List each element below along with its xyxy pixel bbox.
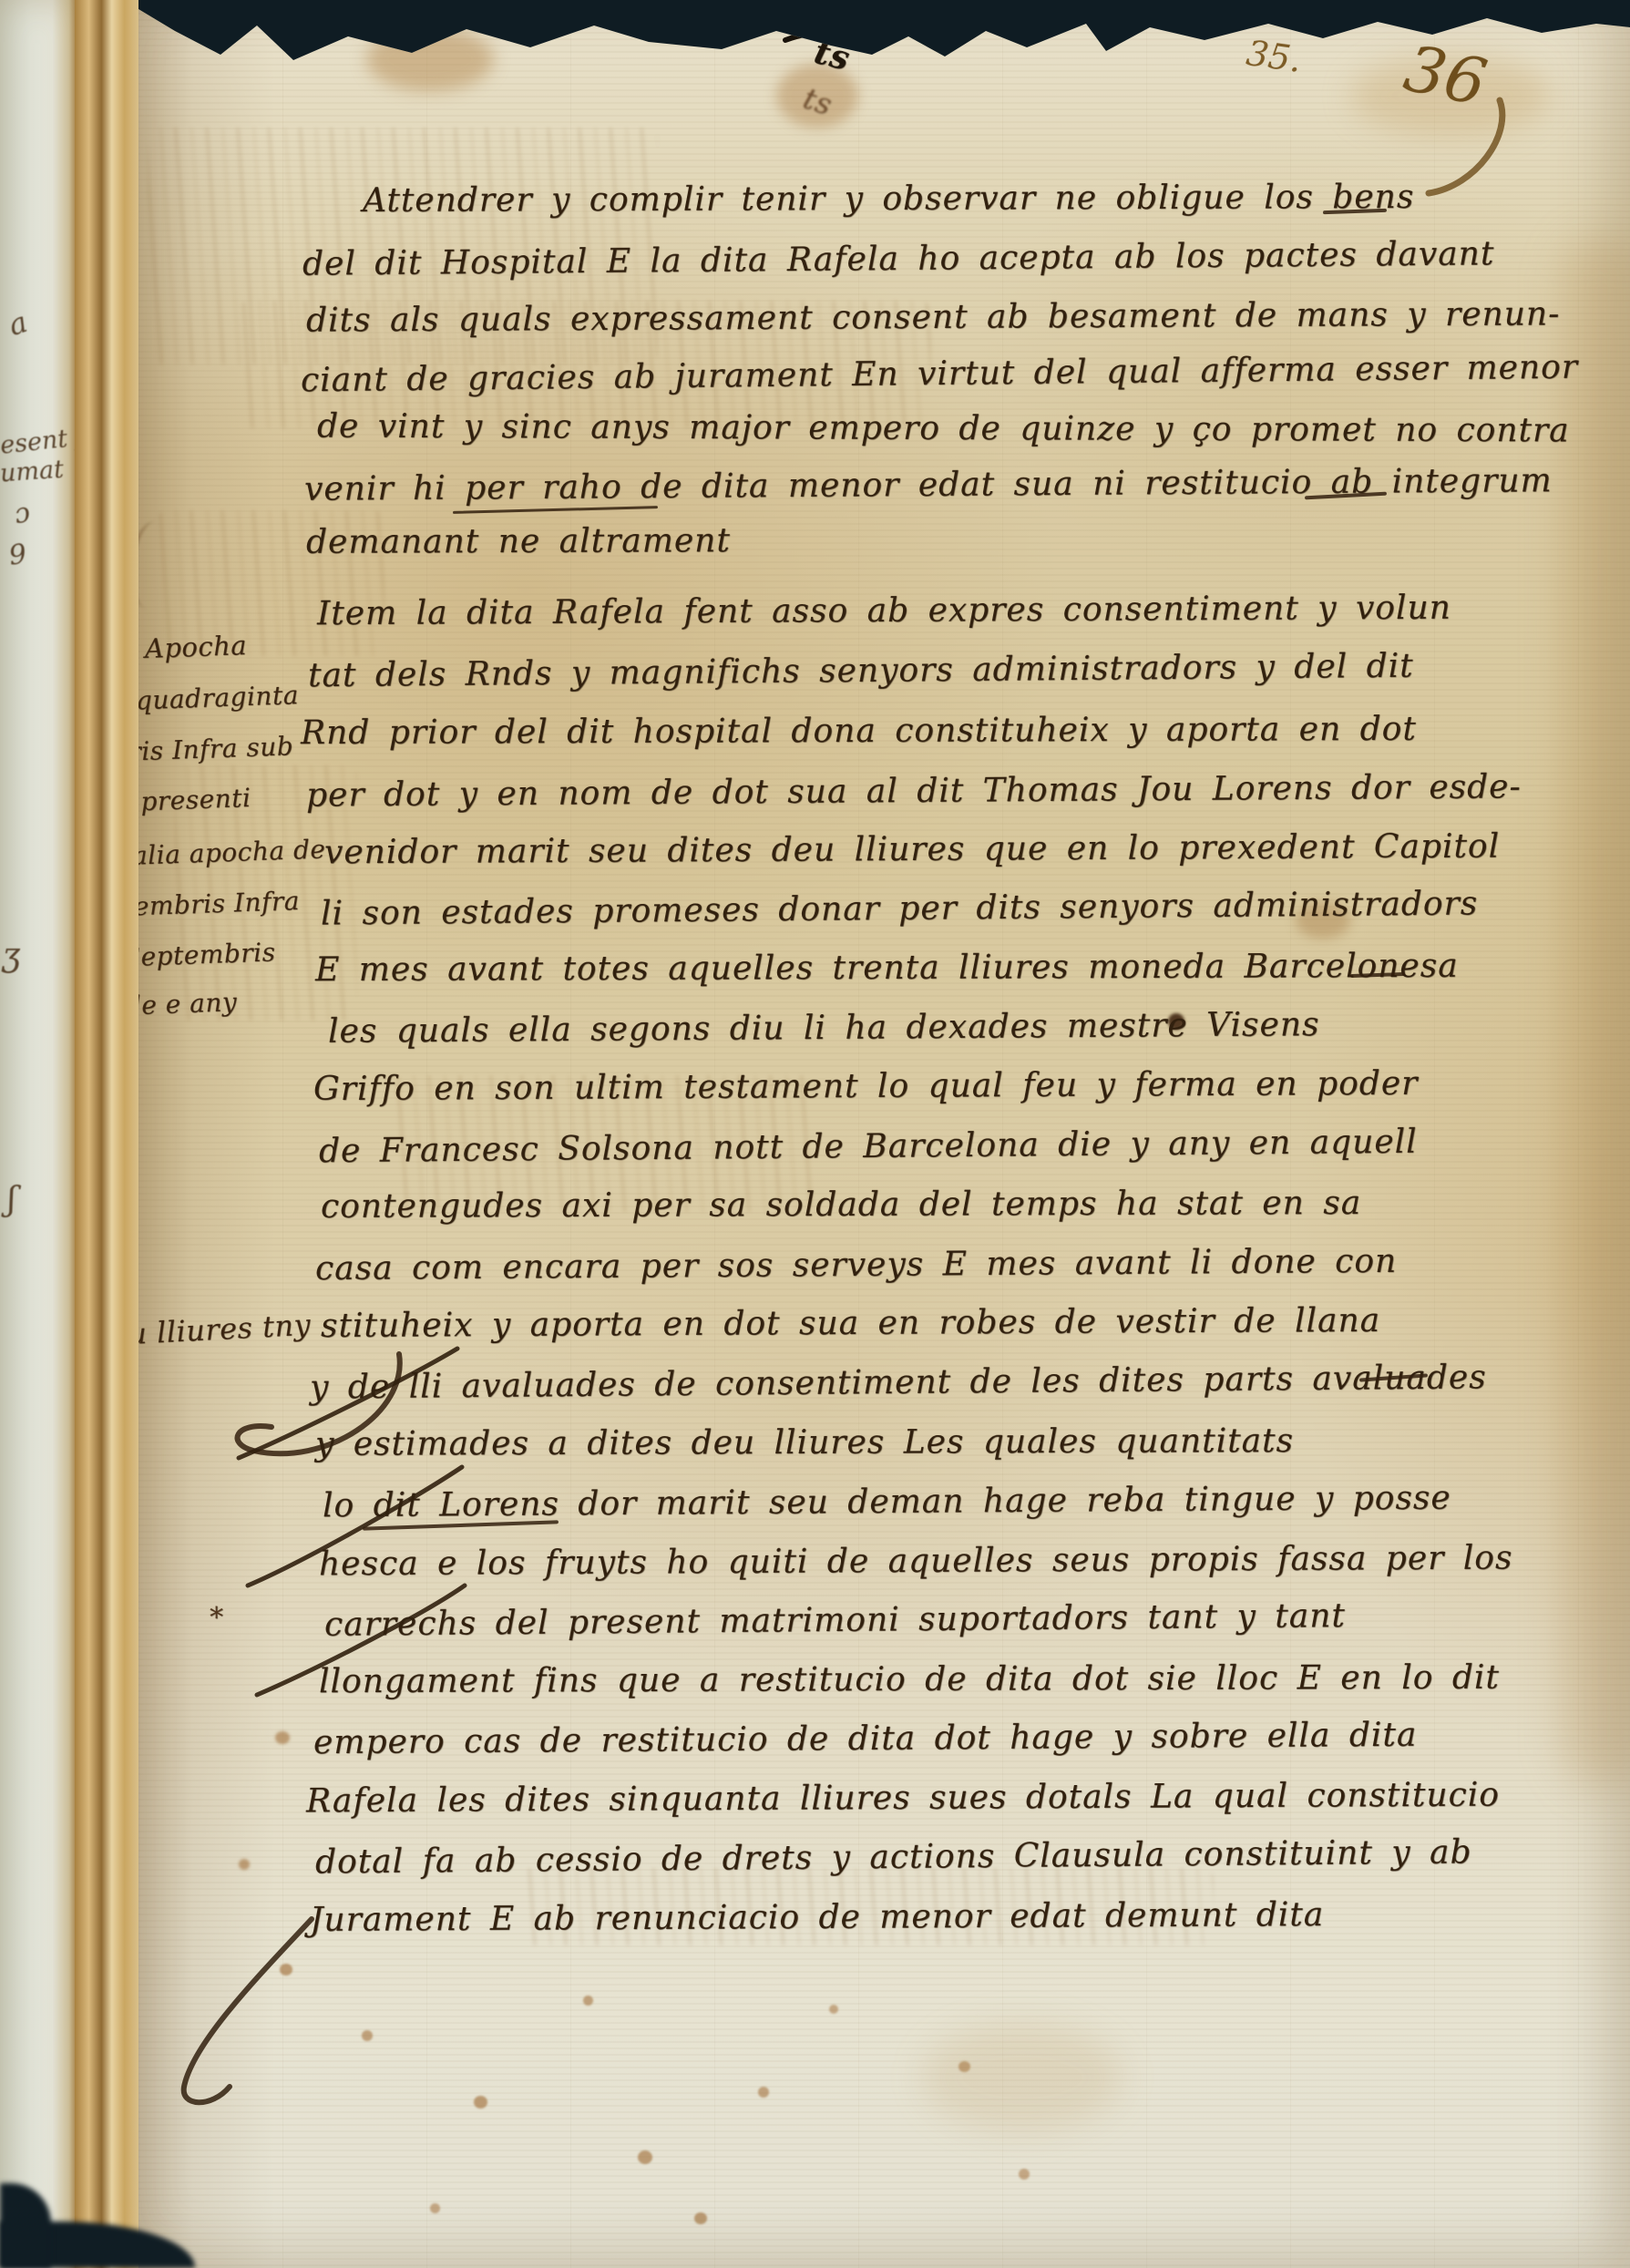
ink-descender-loop	[157, 1914, 321, 2114]
stain	[758, 2087, 769, 2098]
stain	[474, 2096, 487, 2109]
stain	[1560, 237, 1630, 1786]
stain	[275, 1731, 290, 1744]
text-line: ciant de gracies ab jurament En virtut d…	[301, 349, 1578, 400]
text-line: stituheix y aporta en dot sua en robes d…	[321, 1302, 1380, 1345]
text-line: tat dels Rnds y magnifichs senyors admin…	[308, 648, 1414, 695]
text-line: Rafela les dites sinquanta lliures sues …	[306, 1777, 1500, 1821]
stain	[638, 2150, 652, 2164]
text-line: casa com encara per sos serveys E mes av…	[315, 1243, 1397, 1288]
stain	[583, 1996, 593, 2006]
prev-page-fragment: 9	[7, 539, 29, 572]
text-line: E mes avant totes aquelles trenta lliure…	[315, 948, 1459, 989]
text-line: venir hi per raho de dita menor edat sua…	[304, 462, 1553, 508]
previous-page-edge: a esent fa umat ɔ 9 ʒ ʃ	[0, 0, 75, 2268]
text-line: y estimades a dites deu lliures Les qual…	[315, 1422, 1294, 1463]
text-line: Item la dita Rafela fent asso ab expres …	[317, 590, 1451, 633]
text-line: de Francesc Solsona nott de Barcelona di…	[319, 1124, 1418, 1171]
text-line: per dot y en nom de dot sua al dit Thoma…	[306, 768, 1522, 814]
text-line: y de lli avaluades de consentiment de le…	[310, 1359, 1487, 1406]
prev-page-fragment: ɔ	[12, 497, 33, 530]
text-line: Griffo en son ultim testament lo qual fe…	[313, 1065, 1419, 1108]
quire-mark-ghost: ts	[799, 80, 836, 122]
top-mark-stroke	[784, 26, 911, 46]
folio-number-small: 35.	[1244, 33, 1304, 80]
text-line: dits als quals expressament consent ab b…	[306, 295, 1560, 339]
stain	[829, 2005, 838, 2014]
folio-number-large: 36	[1398, 31, 1492, 121]
stain	[694, 2212, 707, 2224]
text-line: hesca e los fruyts ho quiti de aquelles …	[319, 1540, 1513, 1584]
text-line: carrechs del present matrimoni suportado…	[324, 1597, 1346, 1644]
text-line: venidor marit seu dites deu lliures que …	[324, 828, 1500, 872]
prev-page-fragment: ʒ	[2, 937, 20, 974]
text-line: de vint y sinc anys major empero de quin…	[317, 408, 1570, 450]
prev-page-fragment: umat	[0, 456, 65, 488]
quire-mark: ts	[810, 33, 854, 78]
stain	[362, 2030, 373, 2041]
text-line: li son estades promeses donar per dits s…	[321, 885, 1479, 932]
stain	[959, 2061, 970, 2072]
stain	[239, 1859, 250, 1870]
text-line: Jurament E ab renunciacio de menor edat …	[310, 1896, 1324, 1939]
margin-asterisk-mark: *	[210, 1602, 224, 1634]
stain	[1019, 2169, 1030, 2180]
text-line: lo dit Lorens dor marit seu deman hage r…	[323, 1480, 1451, 1525]
manuscript-photo: a esent fa umat ɔ 9 ʒ ʃ	[0, 0, 1630, 2268]
text-line: Attendrer y complir tenir y observar ne …	[363, 179, 1414, 220]
prev-page-fragment: ʃ	[7, 1181, 16, 1218]
prev-page-fragment: a	[5, 304, 32, 343]
text-line: dotal fa ab cessio de drets y actions Cl…	[315, 1833, 1472, 1881]
text-line: les quals ella segons diu li ha dexades …	[328, 1006, 1320, 1051]
text-line: contengudes axi per sa soldada del temps…	[321, 1185, 1361, 1226]
stain	[366, 27, 494, 91]
binding-gutter	[75, 0, 138, 2268]
text-line: llongament fins que a restitucio de dita…	[319, 1659, 1500, 1701]
text-line: empero cas de restitucio de dita dot hag…	[313, 1717, 1418, 1761]
manuscript-page: ts ts 35. 36 Est Apocha de quadraginta l…	[138, 0, 1630, 2268]
stain	[922, 2023, 1123, 2132]
stain	[280, 1964, 292, 1976]
text-line: del dit Hospital E la dita Rafela ho ace…	[302, 235, 1495, 282]
stain	[430, 2203, 440, 2213]
text-line: Rnd prior del dit hospital dona constitu…	[301, 711, 1417, 752]
text-line: demanant ne altrament	[306, 522, 731, 561]
